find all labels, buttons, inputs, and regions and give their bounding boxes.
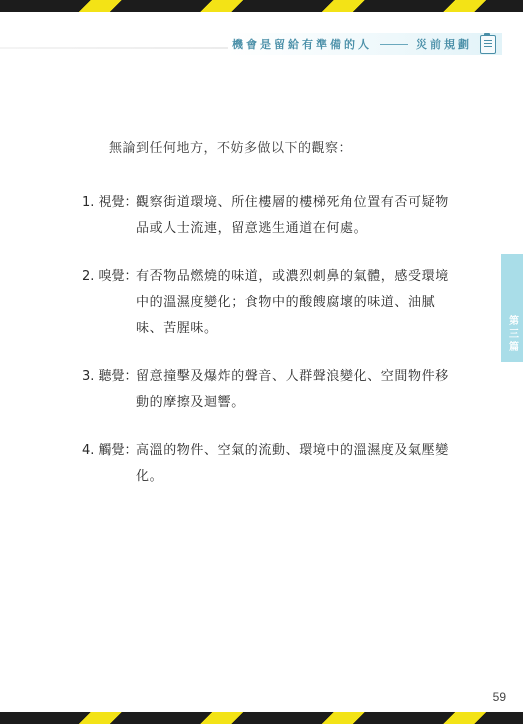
item-label: 4. 觸覺： bbox=[82, 438, 136, 490]
observation-list: 1. 視覺： 觀察街道環境、所住樓層的樓梯死角位置有否可疑物品或人士流連，留意逃… bbox=[82, 190, 462, 512]
item-text: 有否物品燃燒的味道，或濃烈刺鼻的氣體，感受環境中的溫濕度變化；食物中的酸餿腐壞的… bbox=[136, 264, 462, 342]
item-text: 高溫的物件、空氣的流動、環境中的溫濕度及氣壓變化。 bbox=[136, 438, 462, 490]
item-label: 2. 嗅覺： bbox=[82, 264, 136, 342]
list-item: 4. 觸覺： 高溫的物件、空氣的流動、環境中的溫濕度及氣壓變化。 bbox=[82, 438, 462, 490]
list-item: 1. 視覺： 觀察街道環境、所住樓層的樓梯死角位置有否可疑物品或人士流連，留意逃… bbox=[82, 190, 462, 242]
item-label: 1. 視覺： bbox=[82, 190, 136, 242]
intro-paragraph: 無論到任何地方，不妨多做以下的觀察： bbox=[109, 137, 352, 156]
list-item: 2. 嗅覺： 有否物品燃燒的味道，或濃烈刺鼻的氣體，感受環境中的溫濕度變化；食物… bbox=[82, 264, 462, 342]
page-number: 59 bbox=[493, 690, 506, 704]
header-rule bbox=[0, 47, 230, 49]
hazard-stripe-top bbox=[0, 0, 523, 12]
item-text: 留意撞擊及爆炸的聲音、人群聲浪變化、空間物件移動的摩擦及迴響。 bbox=[136, 364, 462, 416]
clipboard-icon bbox=[480, 35, 496, 54]
list-item: 3. 聽覺： 留意撞擊及爆炸的聲音、人群聲浪變化、空間物件移動的摩擦及迴響。 bbox=[82, 364, 462, 416]
hazard-stripe-bottom bbox=[0, 712, 523, 724]
header-dash bbox=[380, 44, 408, 45]
chapter-side-tab: 第三篇 bbox=[501, 254, 523, 362]
running-header: 機會是留給有準備的人 災前規劃 bbox=[228, 33, 502, 55]
header-subtitle: 災前規劃 bbox=[416, 36, 472, 52]
item-label: 3. 聽覺： bbox=[82, 364, 136, 416]
item-text: 觀察街道環境、所住樓層的樓梯死角位置有否可疑物品或人士流連，留意逃生通道在何處。 bbox=[136, 190, 462, 242]
header-title: 機會是留給有準備的人 bbox=[232, 36, 372, 52]
side-tab-label: 第三篇 bbox=[505, 315, 520, 354]
